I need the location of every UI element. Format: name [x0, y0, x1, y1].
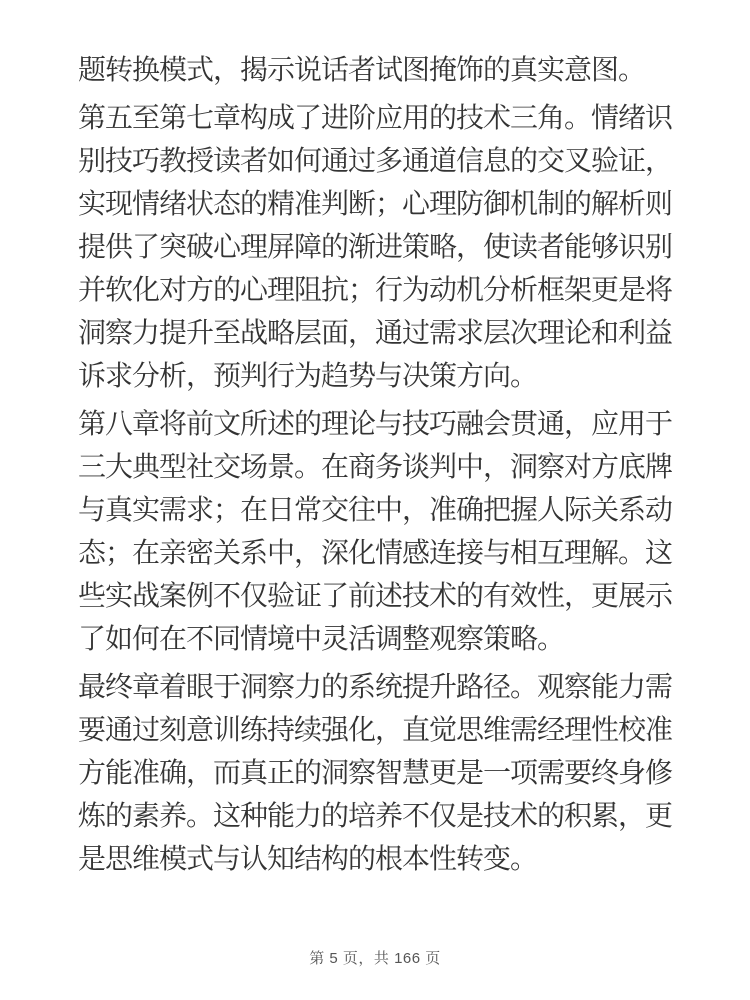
paragraph-continuation: 题转换模式，揭示说话者试图掩饰的真实意图。	[78, 48, 678, 91]
document-page: 题转换模式，揭示说话者试图掩饰的真实意图。 第五至第七章构成了进阶应用的技术三角…	[0, 0, 750, 1000]
page-number-indicator: 第 5 页，共 166 页	[0, 948, 750, 970]
paragraph-chapters-5-7: 第五至第七章构成了进阶应用的技术三角。情绪识 别技巧教授读者如何通过多通道信息的…	[78, 96, 678, 397]
page-content: 题转换模式，揭示说话者试图掩饰的真实意图。 第五至第七章构成了进阶应用的技术三角…	[78, 48, 678, 885]
paragraph-chapter-8: 第八章将前文所述的理论与技巧融会贯通，应用于 三大典型社交场景。在商务谈判中，洞…	[78, 402, 678, 660]
paragraph-final-chapter: 最终章着眼于洞察力的系统提升路径。观察能力需 要通过刻意训练持续强化，直觉思维需…	[78, 665, 678, 880]
